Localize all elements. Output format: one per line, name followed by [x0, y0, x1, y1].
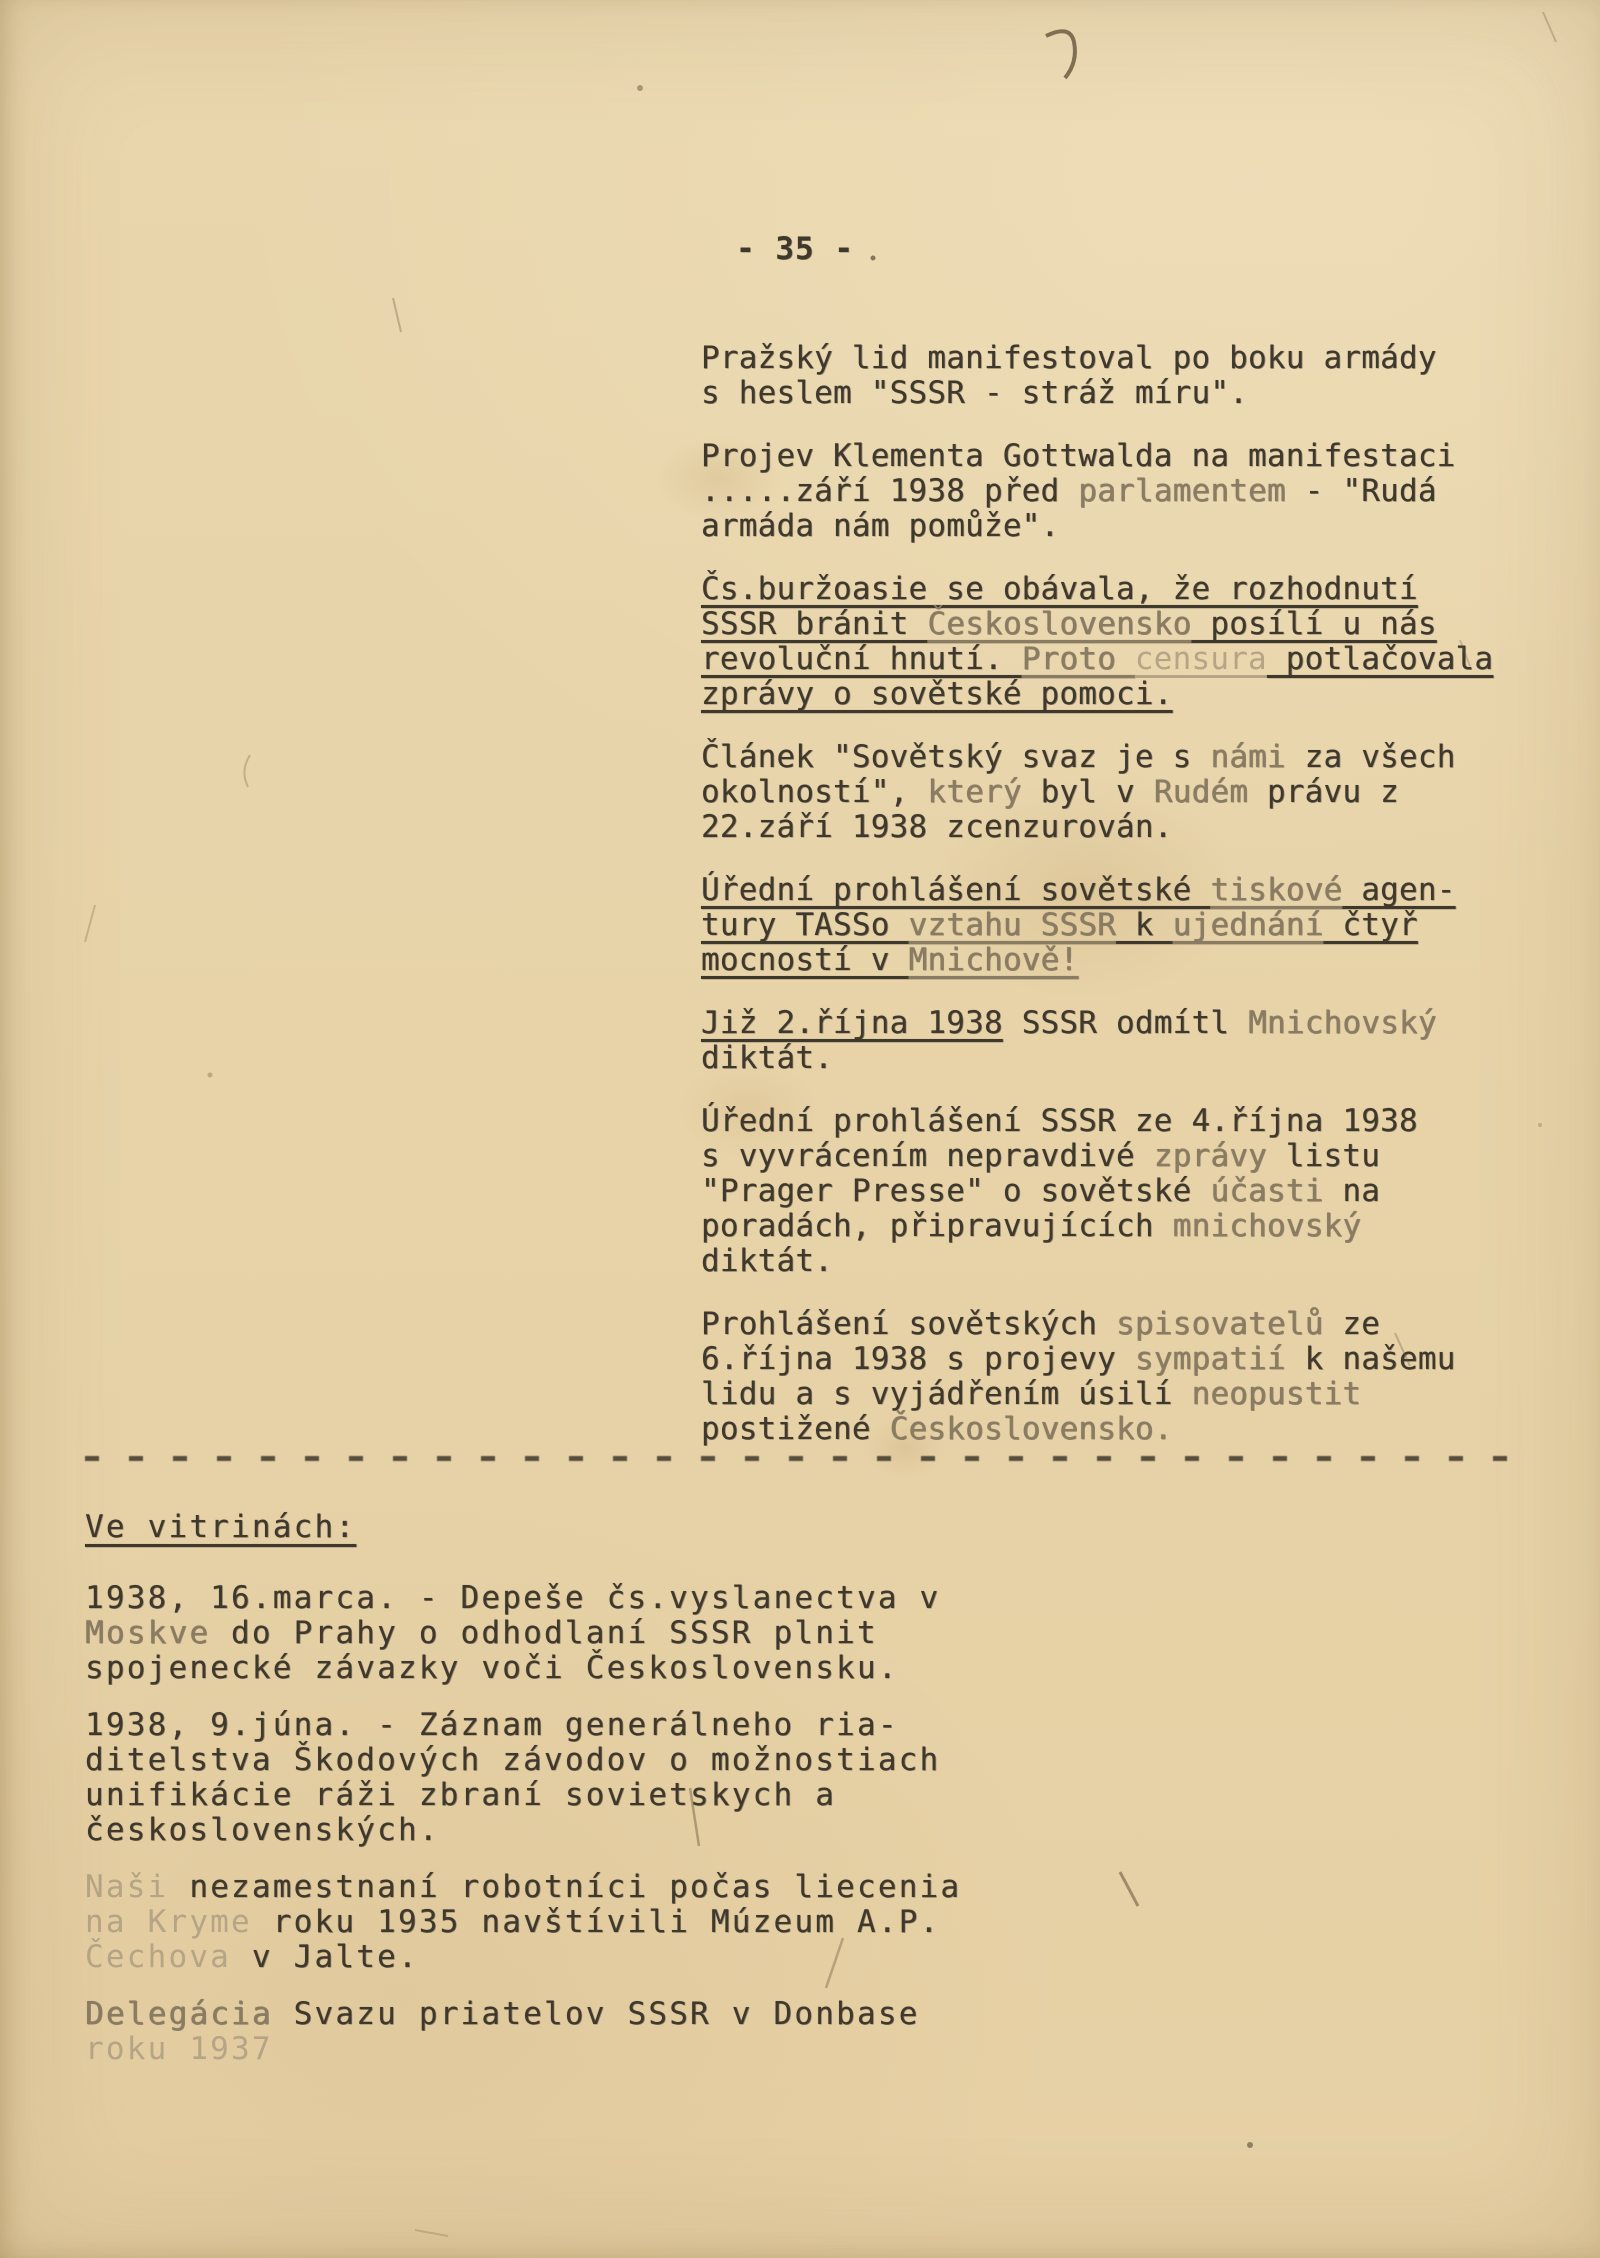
scanned-document-page: - 35 - Pražský lid manifestoval po boku …	[0, 0, 1600, 2258]
vitrines-paragraphs: 1938, 16.marca. - Depeše čs.vyslanectva …	[85, 1581, 1035, 2067]
text-line: Čs.buržoasie se obávala, že rozhodnutí	[701, 572, 1501, 607]
text-segment: 6.října 1938 s projevy	[701, 1341, 1135, 1377]
page-number: - 35 -	[736, 232, 854, 267]
text-segment: Mnichově!	[909, 942, 1079, 978]
text-line: Moskve do Prahy o odhodlaní SSSR plnit	[85, 1616, 1035, 1651]
text-segment: zprávy o sovětské pomoci.	[701, 676, 1173, 712]
text-line: 6.října 1938 s projevy sympatií k našemu	[701, 1342, 1501, 1377]
text-line: 1938, 16.marca. - Depeše čs.vyslanectva …	[85, 1581, 1035, 1616]
text-line: Článek "Sovětský svaz je s námi za všech	[701, 740, 1501, 775]
text-segment: s vyvrácením nepravdivé	[701, 1138, 1154, 1174]
text-segment: který	[927, 774, 1021, 810]
text-line: okolností", který byl v Rudém právu z	[701, 775, 1501, 810]
text-line: .....září 1938 před parlamentem - "Rudá	[701, 474, 1501, 509]
text-segment: Proto	[1022, 641, 1135, 677]
text-segment: československých.	[85, 1812, 440, 1848]
text-segment: právu z	[1248, 774, 1399, 810]
text-segment: vztahu SSSR	[909, 907, 1117, 943]
text-line: roku 1937	[85, 2032, 1035, 2067]
text-segment: ditelstva Škodových závodov o možnostiac…	[85, 1742, 940, 1778]
text-segment: Moskve	[85, 1615, 210, 1651]
text-line: 1938, 9.júna. - Záznam generálneho ria-	[85, 1708, 1035, 1743]
text-segment: zprávy	[1154, 1138, 1267, 1174]
text-segment: ze	[1324, 1306, 1381, 1342]
text-line: diktát.	[701, 1041, 1501, 1076]
text-line: s vyvrácením nepravdivé zprávy listu	[701, 1139, 1501, 1174]
text-line: revoluční hnutí. Proto censura potlačova…	[701, 642, 1501, 677]
text-line: unifikácie ráži zbraní sovietskych a	[85, 1778, 1035, 1813]
text-segment: k	[1116, 907, 1173, 943]
text-segment: tiskové	[1210, 872, 1342, 908]
text-segment: - "Rudá	[1286, 473, 1437, 509]
text-line: Již 2.října 1938 SSSR odmítl Mnichovský	[701, 1006, 1501, 1041]
text-line: "Prager Presse" o sovětské účasti na	[701, 1174, 1501, 1209]
text-segment: Úřední prohlášení SSSR ze 4.října 1938	[701, 1103, 1418, 1139]
text-segment: SSSR odmítl	[1003, 1005, 1248, 1041]
paragraph: Čs.buržoasie se obávala, že rozhodnutíSS…	[701, 572, 1501, 712]
vitrines-heading: Ve vitrinách:	[85, 1510, 1035, 1545]
text-segment: Již 2.října 1938	[701, 1005, 1003, 1041]
text-segment: na	[1324, 1173, 1381, 1209]
text-line: Projev Klementa Gottwalda na manifestaci	[701, 439, 1501, 474]
text-segment: Prohlášení sovětských	[701, 1306, 1116, 1342]
text-line: postižené Československo.	[701, 1412, 1501, 1447]
text-segment: k našemu	[1286, 1341, 1456, 1377]
text-segment: mocností v	[701, 942, 909, 978]
text-line: armáda nám pomůže".	[701, 509, 1501, 544]
text-segment: Čs.buržoasie se obávala, že rozhodnutí	[701, 571, 1418, 607]
text-line: SSSR bránit Československo posílí u nás	[701, 607, 1501, 642]
text-segment: Článek "Sovětský svaz je s	[701, 739, 1210, 775]
right-column: Pražský lid manifestoval po boku armádys…	[701, 341, 1501, 1475]
text-segment: Československo.	[890, 1411, 1173, 1447]
paragraph: Pražský lid manifestoval po boku armádys…	[701, 341, 1501, 411]
text-segment: tury TASSo	[701, 907, 909, 943]
text-segment: roku 1937	[85, 2031, 273, 2067]
text-line: Čechova v Jalte.	[85, 1940, 1035, 1975]
text-segment: sympatií	[1135, 1341, 1286, 1377]
text-segment: okolností",	[701, 774, 927, 810]
text-segment: poradách, připravujících	[701, 1208, 1173, 1244]
text-segment: Pražský lid manifestoval po boku armády	[701, 340, 1437, 376]
text-segment: 1938, 9.júna. - Záznam generálneho ria-	[85, 1707, 899, 1743]
text-line: na Kryme roku 1935 navštívili Múzeum A.P…	[85, 1905, 1035, 1940]
paragraph: 1938, 9.júna. - Záznam generálneho ria-d…	[85, 1708, 1035, 1848]
text-segment: "Prager Presse" o sovětské	[701, 1173, 1210, 1209]
text-line: Prohlášení sovětských spisovatelů ze	[701, 1307, 1501, 1342]
typed-dash-divider	[85, 1456, 1522, 1461]
text-segment: Naši	[85, 1869, 168, 1905]
text-segment: mnichovský	[1173, 1208, 1362, 1244]
text-line: Naši nezamestnaní robotníci počas liecen…	[85, 1870, 1035, 1905]
text-segment: Rudém	[1154, 774, 1248, 810]
text-segment: Svazu priatelov SSSR v Donbase	[273, 1996, 920, 2032]
paragraph: Již 2.října 1938 SSSR odmítl Mnichovskýd…	[701, 1006, 1501, 1076]
text-line: poradách, připravujících mnichovský	[701, 1209, 1501, 1244]
paragraph: 1938, 16.marca. - Depeše čs.vyslanectva …	[85, 1581, 1035, 1686]
text-segment: do Prahy o odhodlaní SSSR plnit	[210, 1615, 878, 1651]
paragraph: Prohlášení sovětských spisovatelů ze6.ří…	[701, 1307, 1501, 1447]
text-segment: spisovatelů	[1116, 1306, 1324, 1342]
vitrines-section: Ve vitrinách: 1938, 16.marca. - Depeše č…	[85, 1510, 1035, 2089]
text-line: 22.září 1938 zcenzurován.	[701, 810, 1501, 845]
text-segment: byl v	[1022, 774, 1154, 810]
text-segment: postižené	[701, 1411, 890, 1447]
text-line: lidu a s vyjádřením úsilí neopustit	[701, 1377, 1501, 1412]
text-line: tury TASSo vztahu SSSR k ujednání čtyř	[701, 908, 1501, 943]
text-segment: Mnichovský	[1248, 1005, 1437, 1041]
paragraph: Úřední prohlášení sovětské tiskové agen-…	[701, 873, 1501, 978]
text-segment: na Kryme	[85, 1904, 252, 1940]
text-line: spojenecké závazky voči Československu.	[85, 1651, 1035, 1686]
text-line: Úřední prohlášení SSSR ze 4.října 1938	[701, 1104, 1501, 1139]
text-segment: unifikácie ráži zbraní sovietskych a	[85, 1777, 836, 1813]
text-segment: .....září 1938 před	[701, 473, 1078, 509]
text-segment: potlačovala	[1267, 641, 1493, 677]
text-line: s heslem "SSSR - stráž míru".	[701, 376, 1501, 411]
text-segment: ujednání	[1173, 907, 1324, 943]
text-segment: čtyř	[1324, 907, 1418, 943]
paragraph: Delegácia Svazu priatelov SSSR v Donbase…	[85, 1997, 1035, 2067]
paragraph: Článek "Sovětský svaz je s námi za všech…	[701, 740, 1501, 845]
paragraph: Naši nezamestnaní robotníci počas liecen…	[85, 1870, 1035, 1975]
text-segment: námi	[1210, 739, 1285, 775]
text-line: zprávy o sovětské pomoci.	[701, 677, 1501, 712]
text-segment: SSSR bránit	[701, 606, 927, 642]
text-line: československých.	[85, 1813, 1035, 1848]
text-segment: nezamestnaní robotníci počas liecenia	[168, 1869, 961, 1905]
text-line: diktát.	[701, 1244, 1501, 1279]
text-segment: Úřední prohlášení sovětské	[701, 872, 1210, 908]
text-line: mocností v Mnichově!	[701, 943, 1501, 978]
text-segment: parlamentem	[1078, 473, 1286, 509]
text-segment: listu	[1267, 1138, 1380, 1174]
text-segment: Československo	[927, 606, 1191, 642]
text-segment: revoluční hnutí.	[701, 641, 1022, 677]
text-segment: censura	[1135, 641, 1267, 677]
text-line: Delegácia Svazu priatelov SSSR v Donbase	[85, 1997, 1035, 2032]
paragraph: Projev Klementa Gottwalda na manifestaci…	[701, 439, 1501, 544]
text-segment: diktát.	[701, 1040, 833, 1076]
text-segment: roku 1935 navštívili Múzeum A.P.	[252, 1904, 941, 1940]
text-segment: posílí u nás	[1191, 606, 1436, 642]
text-segment: diktát.	[701, 1243, 833, 1279]
text-line: Pražský lid manifestoval po boku armády	[701, 341, 1501, 376]
text-segment: s heslem "SSSR - stráž míru".	[701, 375, 1248, 411]
text-segment: armáda nám pomůže".	[701, 508, 1059, 544]
text-segment: 22.září 1938 zcenzurován.	[701, 809, 1173, 845]
text-segment: za všech	[1286, 739, 1456, 775]
text-segment: Delegácia	[85, 1996, 273, 2032]
text-segment: účasti	[1210, 1173, 1323, 1209]
text-segment: Projev Klementa Gottwalda na manifestaci	[701, 438, 1456, 474]
text-segment: v Jalte.	[231, 1939, 419, 1975]
paragraph: Úřední prohlášení SSSR ze 4.října 1938s …	[701, 1104, 1501, 1279]
text-line: Úřední prohlášení sovětské tiskové agen-	[701, 873, 1501, 908]
text-segment: Čechova	[85, 1939, 231, 1975]
text-segment: agen-	[1342, 872, 1455, 908]
text-line: ditelstva Škodových závodov o možnostiac…	[85, 1743, 1035, 1778]
text-segment: 1938, 16.marca. - Depeše čs.vyslanectva …	[85, 1580, 940, 1616]
text-segment: neopustit	[1191, 1376, 1361, 1412]
text-segment: lidu a s vyjádřením úsilí	[701, 1376, 1191, 1412]
text-segment: spojenecké závazky voči Československu.	[85, 1650, 899, 1686]
